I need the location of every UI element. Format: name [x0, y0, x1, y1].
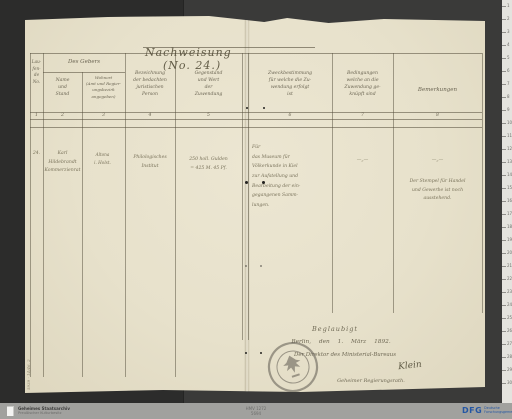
- col-header-bezeichnung: Bezeichnung der bedachten juristischen P…: [125, 70, 175, 98]
- col-header-bemerkungen: Bemerkungen: [393, 86, 482, 95]
- ruler-tick: 26: [502, 331, 506, 332]
- table-line: [30, 53, 482, 54]
- ruler-tick: 30: [502, 383, 506, 384]
- col-number-7: 7: [332, 113, 393, 118]
- table-line: [482, 53, 483, 313]
- col-number-5: 5: [175, 113, 242, 118]
- scan-viewer: 1234567891011121314151617181920212223242…: [0, 0, 512, 419]
- document-scan-page[interactable]: Nachweisung (No. 24.) Lau- fen- de No. D…: [25, 15, 485, 393]
- col-number-6: 6: [248, 113, 332, 118]
- table-line: [30, 119, 482, 120]
- dfg-logo-abbr: DFG: [462, 406, 482, 415]
- certification-beglaubigt: Beglaubigt: [280, 325, 390, 333]
- ruler-tick: 18: [502, 227, 506, 228]
- viewer-footer-bar: Geheimes Staatsarchiv Preußischer Kultur…: [0, 403, 512, 419]
- table-line: [43, 72, 125, 73]
- ruler-tick: 19: [502, 240, 506, 241]
- row-bemerkungen-ditto: —„—: [393, 157, 482, 166]
- row-gegenstand-wert: 250 holl. Gulden = 425 M. 45 Pf.: [175, 156, 242, 173]
- punch-hole-dot: [262, 181, 265, 184]
- ruler-tick: 25: [502, 318, 506, 319]
- table-line: [125, 53, 126, 377]
- ruler-tick: 9: [502, 110, 506, 111]
- ruler-tick: 16: [502, 201, 506, 202]
- row-zweckbestimmung: Für das Museum für Völkerkunde in Kiel z…: [248, 143, 336, 210]
- col-number-8: 8: [393, 113, 482, 118]
- col-header-name-stand: Name und Stand: [43, 77, 82, 98]
- ruler-tick: 4: [502, 45, 506, 46]
- row-lfd-no: 24.: [29, 150, 44, 159]
- row-name-stand: Karl Hildebrandt Kommerzienrat: [43, 150, 82, 176]
- col-header-wohnort: Wohnort (Amt und Regier- ungsbezirk ange…: [82, 75, 125, 100]
- punch-hole-dot: [245, 181, 248, 184]
- ruler-tick: 8: [502, 97, 506, 98]
- col-number-2: 2: [43, 113, 82, 118]
- ruler-tick: 7: [502, 84, 506, 85]
- shelfmark-line2: 5694: [216, 411, 296, 416]
- ruler-tick: 13: [502, 162, 506, 163]
- margin-archival-number: 5939 · 14/46. 2: [26, 290, 34, 390]
- col-header-lfd-no: Lau- fen- de No.: [29, 59, 44, 85]
- table-line: [242, 53, 243, 340]
- ruler-tick: 15: [502, 188, 506, 189]
- ruler-tick: 27: [502, 344, 506, 345]
- ruler-tick: 29: [502, 370, 506, 371]
- row-juristische-person: Philologisches Institut: [125, 154, 175, 171]
- punch-hole-dot: [260, 265, 262, 267]
- shelfmark-label: HMV 1272 5694: [216, 406, 296, 416]
- punch-hole-dot: [245, 265, 247, 267]
- ruler-tick: 21: [502, 266, 506, 267]
- col-group-header-des-gebers: Des Gebers: [43, 58, 125, 67]
- signature: Klein: [377, 358, 444, 375]
- ruler-tick: 20: [502, 253, 506, 254]
- ruler-tick: 11: [502, 136, 506, 137]
- table-line: [175, 53, 176, 377]
- col-number-4: 4: [125, 113, 175, 118]
- title-underline: [143, 47, 315, 48]
- dfg-logo-text: Deutsche Forschungsgemeinschaft: [484, 407, 512, 414]
- dfg-text-line2: Forschungsgemeinschaft: [484, 411, 512, 415]
- table-line: [30, 127, 482, 128]
- col-header-bedingungen: Bedingungen welche an die Zuwendung ge- …: [332, 70, 393, 98]
- document-icon: [7, 406, 14, 416]
- row-bemerkungen-note: Der Stempel für Handel und Gewerbe ist n…: [393, 178, 482, 204]
- ruler-tick: 6: [502, 71, 506, 72]
- table-line: [43, 53, 44, 377]
- ruler-tick: 28: [502, 357, 506, 358]
- measuring-ruler: 1234567891011121314151617181920212223242…: [502, 0, 512, 403]
- dfg-logo[interactable]: DFG Deutsche Forschungsgemeinschaft: [462, 406, 512, 415]
- col-header-gegenstand: Gegenstand und Wert der Zuwendung: [175, 70, 242, 98]
- punch-hole-dot: [246, 107, 248, 109]
- ruler-tick: 1: [502, 6, 506, 7]
- col-header-zweckbestimmung: Zweckbestimmung für welche die Zu- wendu…: [248, 70, 332, 98]
- ruler-tick: 22: [502, 279, 506, 280]
- archive-credit: Geheimes Staatsarchiv Preußischer Kultur…: [18, 406, 70, 416]
- ruler-tick: 24: [502, 305, 506, 306]
- ruler-tick: 23: [502, 292, 506, 293]
- ruler-tick: 14: [502, 175, 506, 176]
- ruler-tick: 5: [502, 58, 506, 59]
- ruler-tick: 2: [502, 19, 506, 20]
- ruler-tick: 3: [502, 32, 506, 33]
- col-number-3: 3: [82, 113, 125, 118]
- ruler-tick: 10: [502, 123, 506, 124]
- row-wohnort: Altona i. Holst.: [80, 151, 125, 167]
- archive-name-line2: Preußischer Kulturbesitz: [18, 411, 70, 416]
- ruler-tick: 17: [502, 214, 506, 215]
- col-number-1: 1: [30, 113, 43, 118]
- punch-hole-dot: [263, 107, 265, 109]
- ruler-tick: 12: [502, 149, 506, 150]
- row-bedingungen-ditto: —„—: [332, 157, 393, 166]
